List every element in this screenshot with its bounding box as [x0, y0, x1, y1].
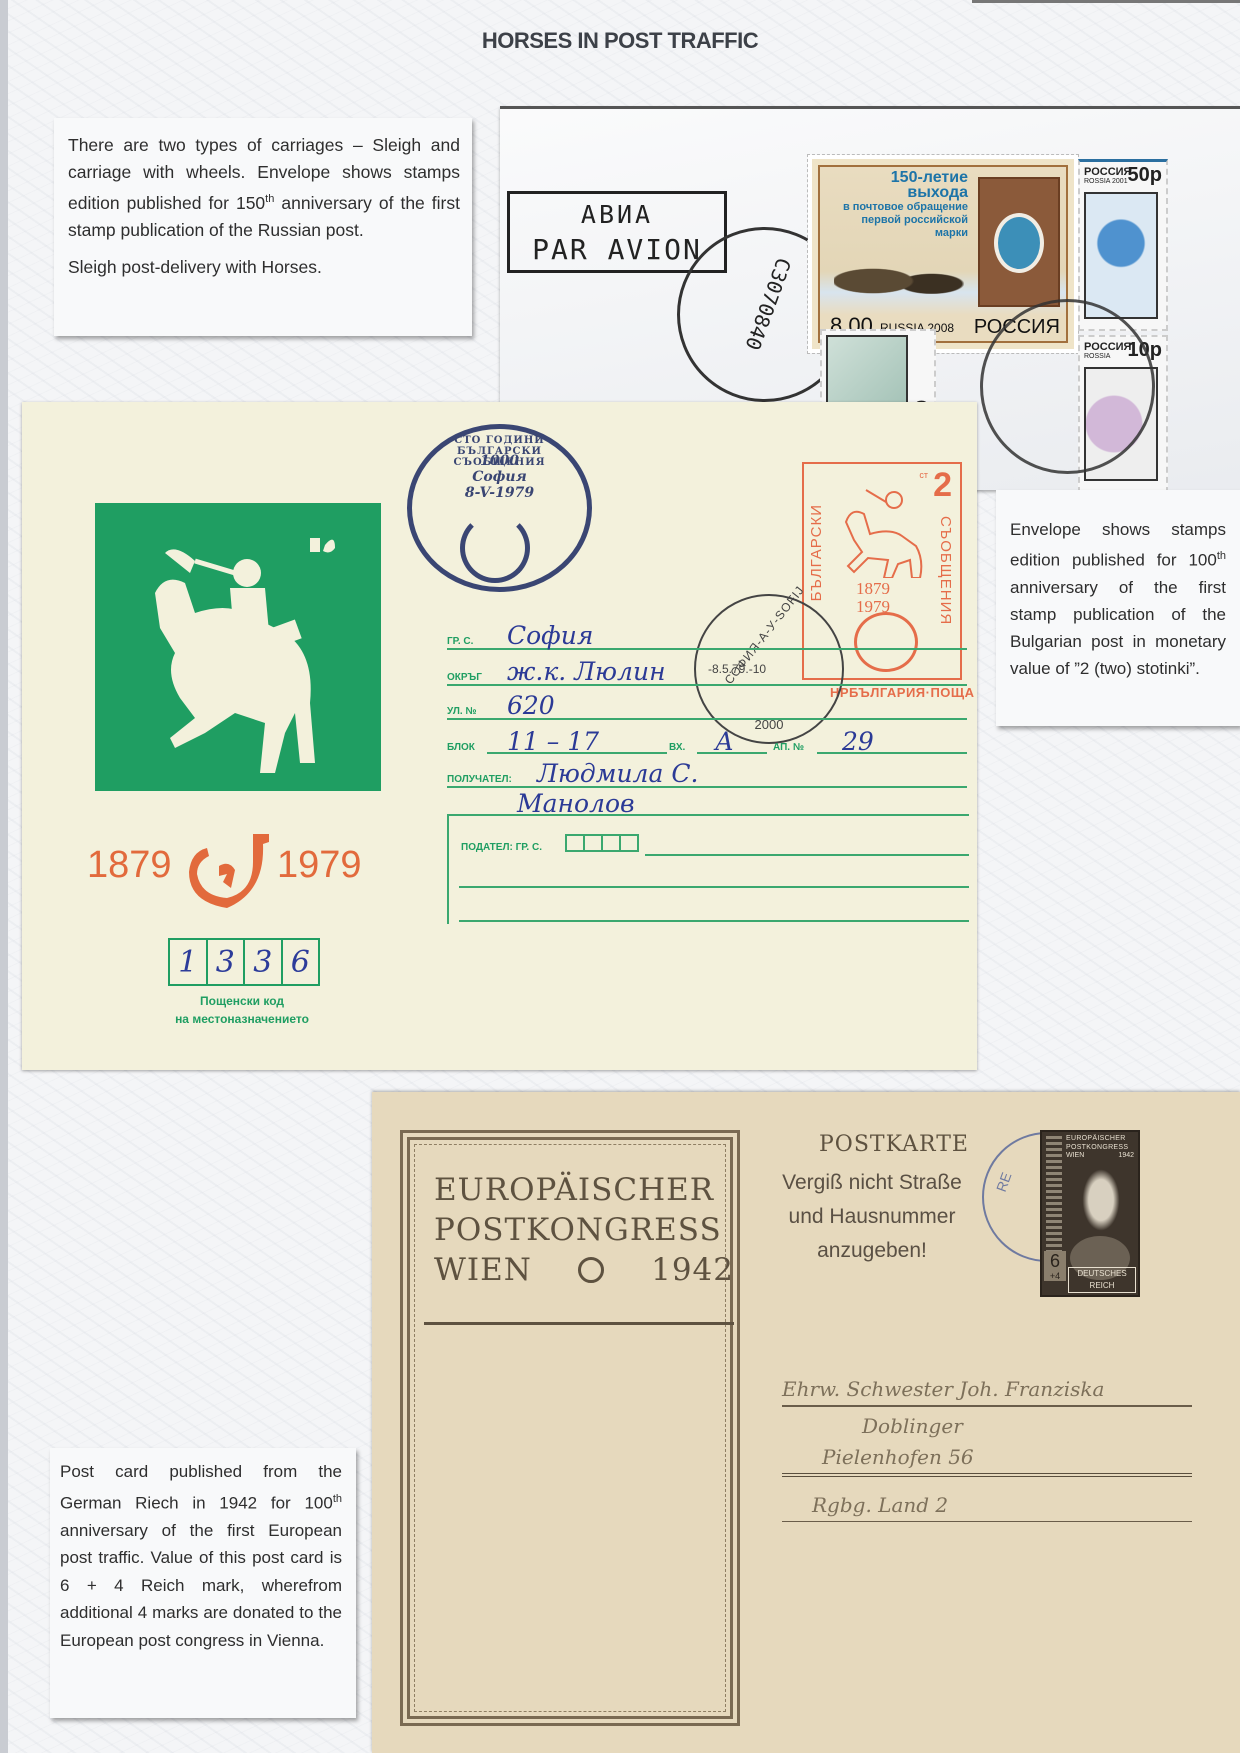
- postal-code-boxes: 1 3 3 6: [168, 938, 320, 986]
- recipient-line-1: Ehrw. Schwester Joh. Franziska: [782, 1377, 1192, 1407]
- title-rule: [424, 1322, 734, 1325]
- address-city-line: ГР. С. София: [447, 628, 967, 650]
- cachet-post-horn-icon: [460, 513, 530, 583]
- postcard-title: EUROPÄISCHER POSTKONGRESS WIEN 1942: [434, 1170, 734, 1290]
- stamp-headline: 150-летие выхода в почтовое обращение пе…: [828, 171, 968, 240]
- post-horn-lion-icon: [183, 832, 271, 910]
- note-russia: There are two types of carriages – Sleig…: [54, 118, 472, 336]
- german-postcard: EUROPÄISCHER POSTKONGRESS WIEN 1942 POST…: [372, 1092, 1240, 1753]
- recipient-line-4: Rgbg. Land 2: [782, 1492, 1192, 1522]
- postkarte-heading: POSTKARTE: [819, 1132, 969, 1157]
- stamp-years: 1879 1979: [856, 580, 890, 616]
- anniversary-years: 1879 1979: [87, 822, 387, 912]
- recipient-line-3: Pielenhofen 56: [782, 1447, 1192, 1477]
- commemorative-cachet: СТО ГОДИНИ БЪЛГАРСКИ СЪОБЩЕНИЯ 1000 Софи…: [407, 424, 592, 592]
- note-bulgaria-text: Envelope shows stamps edition published …: [1010, 516, 1226, 682]
- top-edge-strip: [972, 0, 1240, 3]
- rosette-icon: [578, 1257, 604, 1283]
- postkongress-stamp: EUROPÄISCHER POSTKONGRESS WIEN 1942 6 +4…: [1040, 1130, 1140, 1297]
- year-end: 1979: [277, 844, 362, 887]
- stamp-laurel-icon: [1046, 1136, 1062, 1256]
- stamp-value: 6 +4: [1044, 1251, 1066, 1281]
- postmark-slogan: Vergiß nicht Straße und Hausnummer anzug…: [757, 1166, 987, 1268]
- address-street-line: УЛ. № 620: [447, 698, 967, 720]
- bulgarian-envelope: 1879 1979 1 3 3 6 Пощенски код на местон…: [22, 402, 977, 1070]
- page-title: HORSES IN POST TRAFFIC: [0, 28, 1240, 54]
- airmail-label-line2: PAR AVION: [510, 232, 724, 268]
- horn-rider-icon: [836, 482, 926, 578]
- year-start: 1879: [87, 844, 172, 887]
- first-russian-stamp-icon: [978, 177, 1060, 307]
- globe-computer-icon: [1084, 192, 1158, 319]
- postal-code-label: Пощенски код на местоназначението: [132, 992, 352, 1028]
- note-russia-paragraph-1: There are two types of carriages – Sleig…: [68, 132, 460, 244]
- postal-code-digit: 3: [245, 940, 283, 984]
- green-rider-panel: [95, 503, 381, 791]
- horn-rider-horse-icon: [135, 533, 335, 773]
- postal-code-digit: 6: [283, 940, 319, 984]
- postal-code-digit: 1: [170, 940, 208, 984]
- note-bulgaria: Envelope shows stamps edition published …: [996, 490, 1240, 726]
- stamp-value: 2: [933, 466, 952, 505]
- address-block-line: БЛОК 11 – 17 ВХ. А АП. № 29: [447, 732, 967, 754]
- note-germany: Post card published from the German Riec…: [50, 1448, 356, 1718]
- sender-code-boxes: [565, 834, 639, 852]
- sender-section: ПОДАТЕЛ: ГР. С.: [447, 814, 969, 924]
- note-germany-text: Post card published from the German Riec…: [60, 1458, 342, 1654]
- russian-postmark-2-icon: [980, 299, 1155, 474]
- cachet-center: 1000 София 8-V-1979: [412, 453, 587, 501]
- horse-sleigh-icon: [834, 253, 964, 309]
- airmail-label-line1: АВИА: [510, 198, 724, 232]
- page-edge: [0, 0, 8, 1753]
- address-recipient-line-2: Манолов: [447, 794, 967, 816]
- recipient-line-2: Doblinger: [782, 1412, 1192, 1442]
- postal-code-digit: 3: [208, 940, 246, 984]
- note-russia-paragraph-2: Sleigh post-delivery with Horses.: [68, 254, 460, 281]
- address-recipient-line: ПОЛУЧАТЕЛ: Людмила С.: [447, 766, 967, 788]
- postmark-date: C3070840: [740, 255, 795, 354]
- address-district-line: ОКРЪГ ж.к. Люлин: [447, 664, 967, 686]
